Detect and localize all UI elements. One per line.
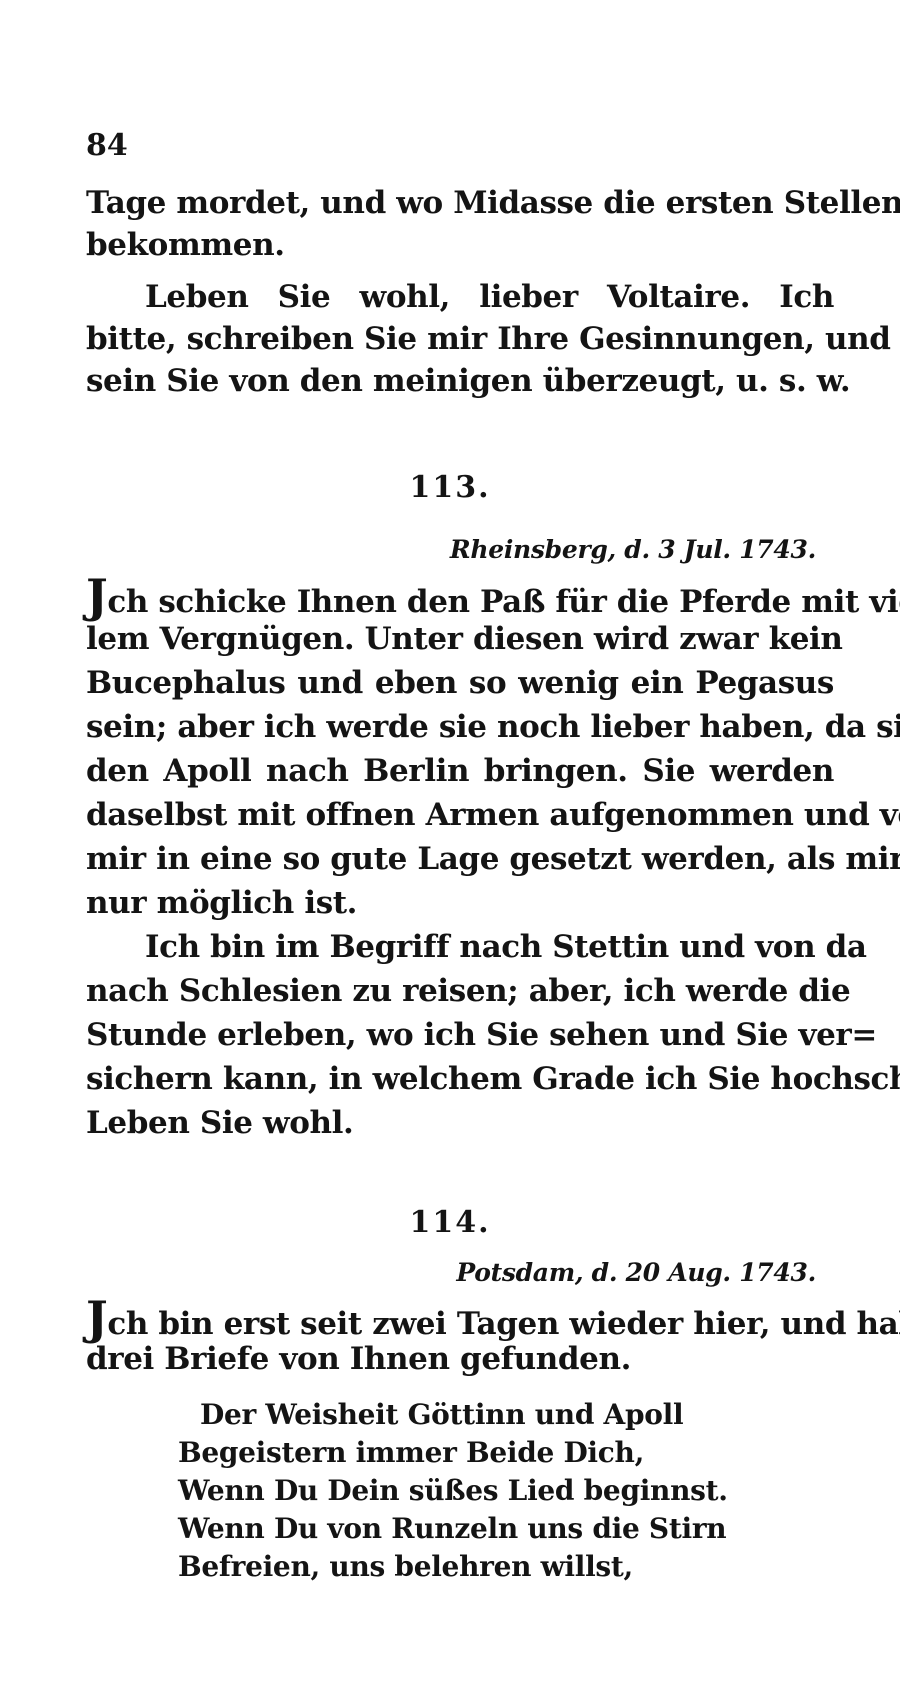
text-line: Stunde erleben, wo ich Sie sehen und Sie… bbox=[86, 1020, 834, 1051]
text-line: daselbst mit offnen Armen aufgenommen un… bbox=[86, 800, 834, 831]
page-number: 84 bbox=[86, 128, 128, 163]
text-line: sichern kann, in welchem Grade ich Sie h… bbox=[86, 1064, 834, 1095]
text-line: sein; aber ich werde sie noch lieber hab… bbox=[86, 712, 834, 743]
text-line: Tage mordet, und wo Midasse die ersten S… bbox=[86, 188, 834, 219]
text-line: lem Vergnügen. Unter diesen wird zwar ke… bbox=[86, 624, 834, 655]
letter-dateline-114: Potsdam, d. 20 Aug. 1743. bbox=[456, 1258, 816, 1287]
text-line: den Apoll nach Berlin bringen. Sie werde… bbox=[86, 756, 834, 787]
text-line: ch bin erst seit zwei Tagen wieder hier,… bbox=[107, 1306, 900, 1342]
verse-line: Befreien, uns belehren willst, bbox=[178, 1550, 633, 1583]
text-line: drei Briefe von Ihnen gefunden. bbox=[86, 1344, 631, 1375]
letter-number-113: 113. bbox=[0, 470, 900, 505]
drop-initial: J bbox=[86, 569, 107, 623]
text-line: Leben Sie wohl. bbox=[86, 1108, 353, 1139]
verse-line: Der Weisheit Göttinn und Apoll bbox=[200, 1398, 683, 1431]
text-line: nur möglich ist. bbox=[86, 888, 357, 919]
text-line-with-initial: Jch bin erst seit zwei Tagen wieder hier… bbox=[86, 1302, 834, 1340]
text-line: Ich bin im Begriff nach Stettin und von … bbox=[145, 932, 834, 963]
verse-line: Begeistern immer Beide Dich, bbox=[178, 1436, 644, 1469]
drop-initial: J bbox=[86, 1291, 107, 1345]
text-line: bekommen. bbox=[86, 230, 285, 261]
book-page: 84 Tage mordet, und wo Midasse die erste… bbox=[0, 0, 900, 1687]
text-line-with-initial: Jch schicke Ihnen den Paß für die Pferde… bbox=[86, 580, 834, 618]
verse-line: Wenn Du von Runzeln uns die Stirn bbox=[178, 1512, 726, 1545]
letter-number-114: 114. bbox=[0, 1205, 900, 1240]
verse-line: Wenn Du Dein süßes Lied beginnst. bbox=[178, 1474, 728, 1507]
letter-dateline-113: Rheinsberg, d. 3 Jul. 1743. bbox=[450, 535, 816, 564]
text-line: bitte, schreiben Sie mir Ihre Gesinnunge… bbox=[86, 324, 834, 355]
text-line: mir in eine so gute Lage gesetzt werden,… bbox=[86, 844, 834, 875]
text-line: Leben Sie wohl, lieber Voltaire. Ich bbox=[145, 282, 834, 313]
text-line: ch schicke Ihnen den Paß für die Pferde … bbox=[107, 584, 900, 620]
text-line: Bucephalus und eben so wenig ein Pegasus bbox=[86, 668, 834, 699]
text-line: sein Sie von den meinigen überzeugt, u. … bbox=[86, 366, 850, 397]
text-line: nach Schlesien zu reisen; aber, ich werd… bbox=[86, 976, 834, 1007]
